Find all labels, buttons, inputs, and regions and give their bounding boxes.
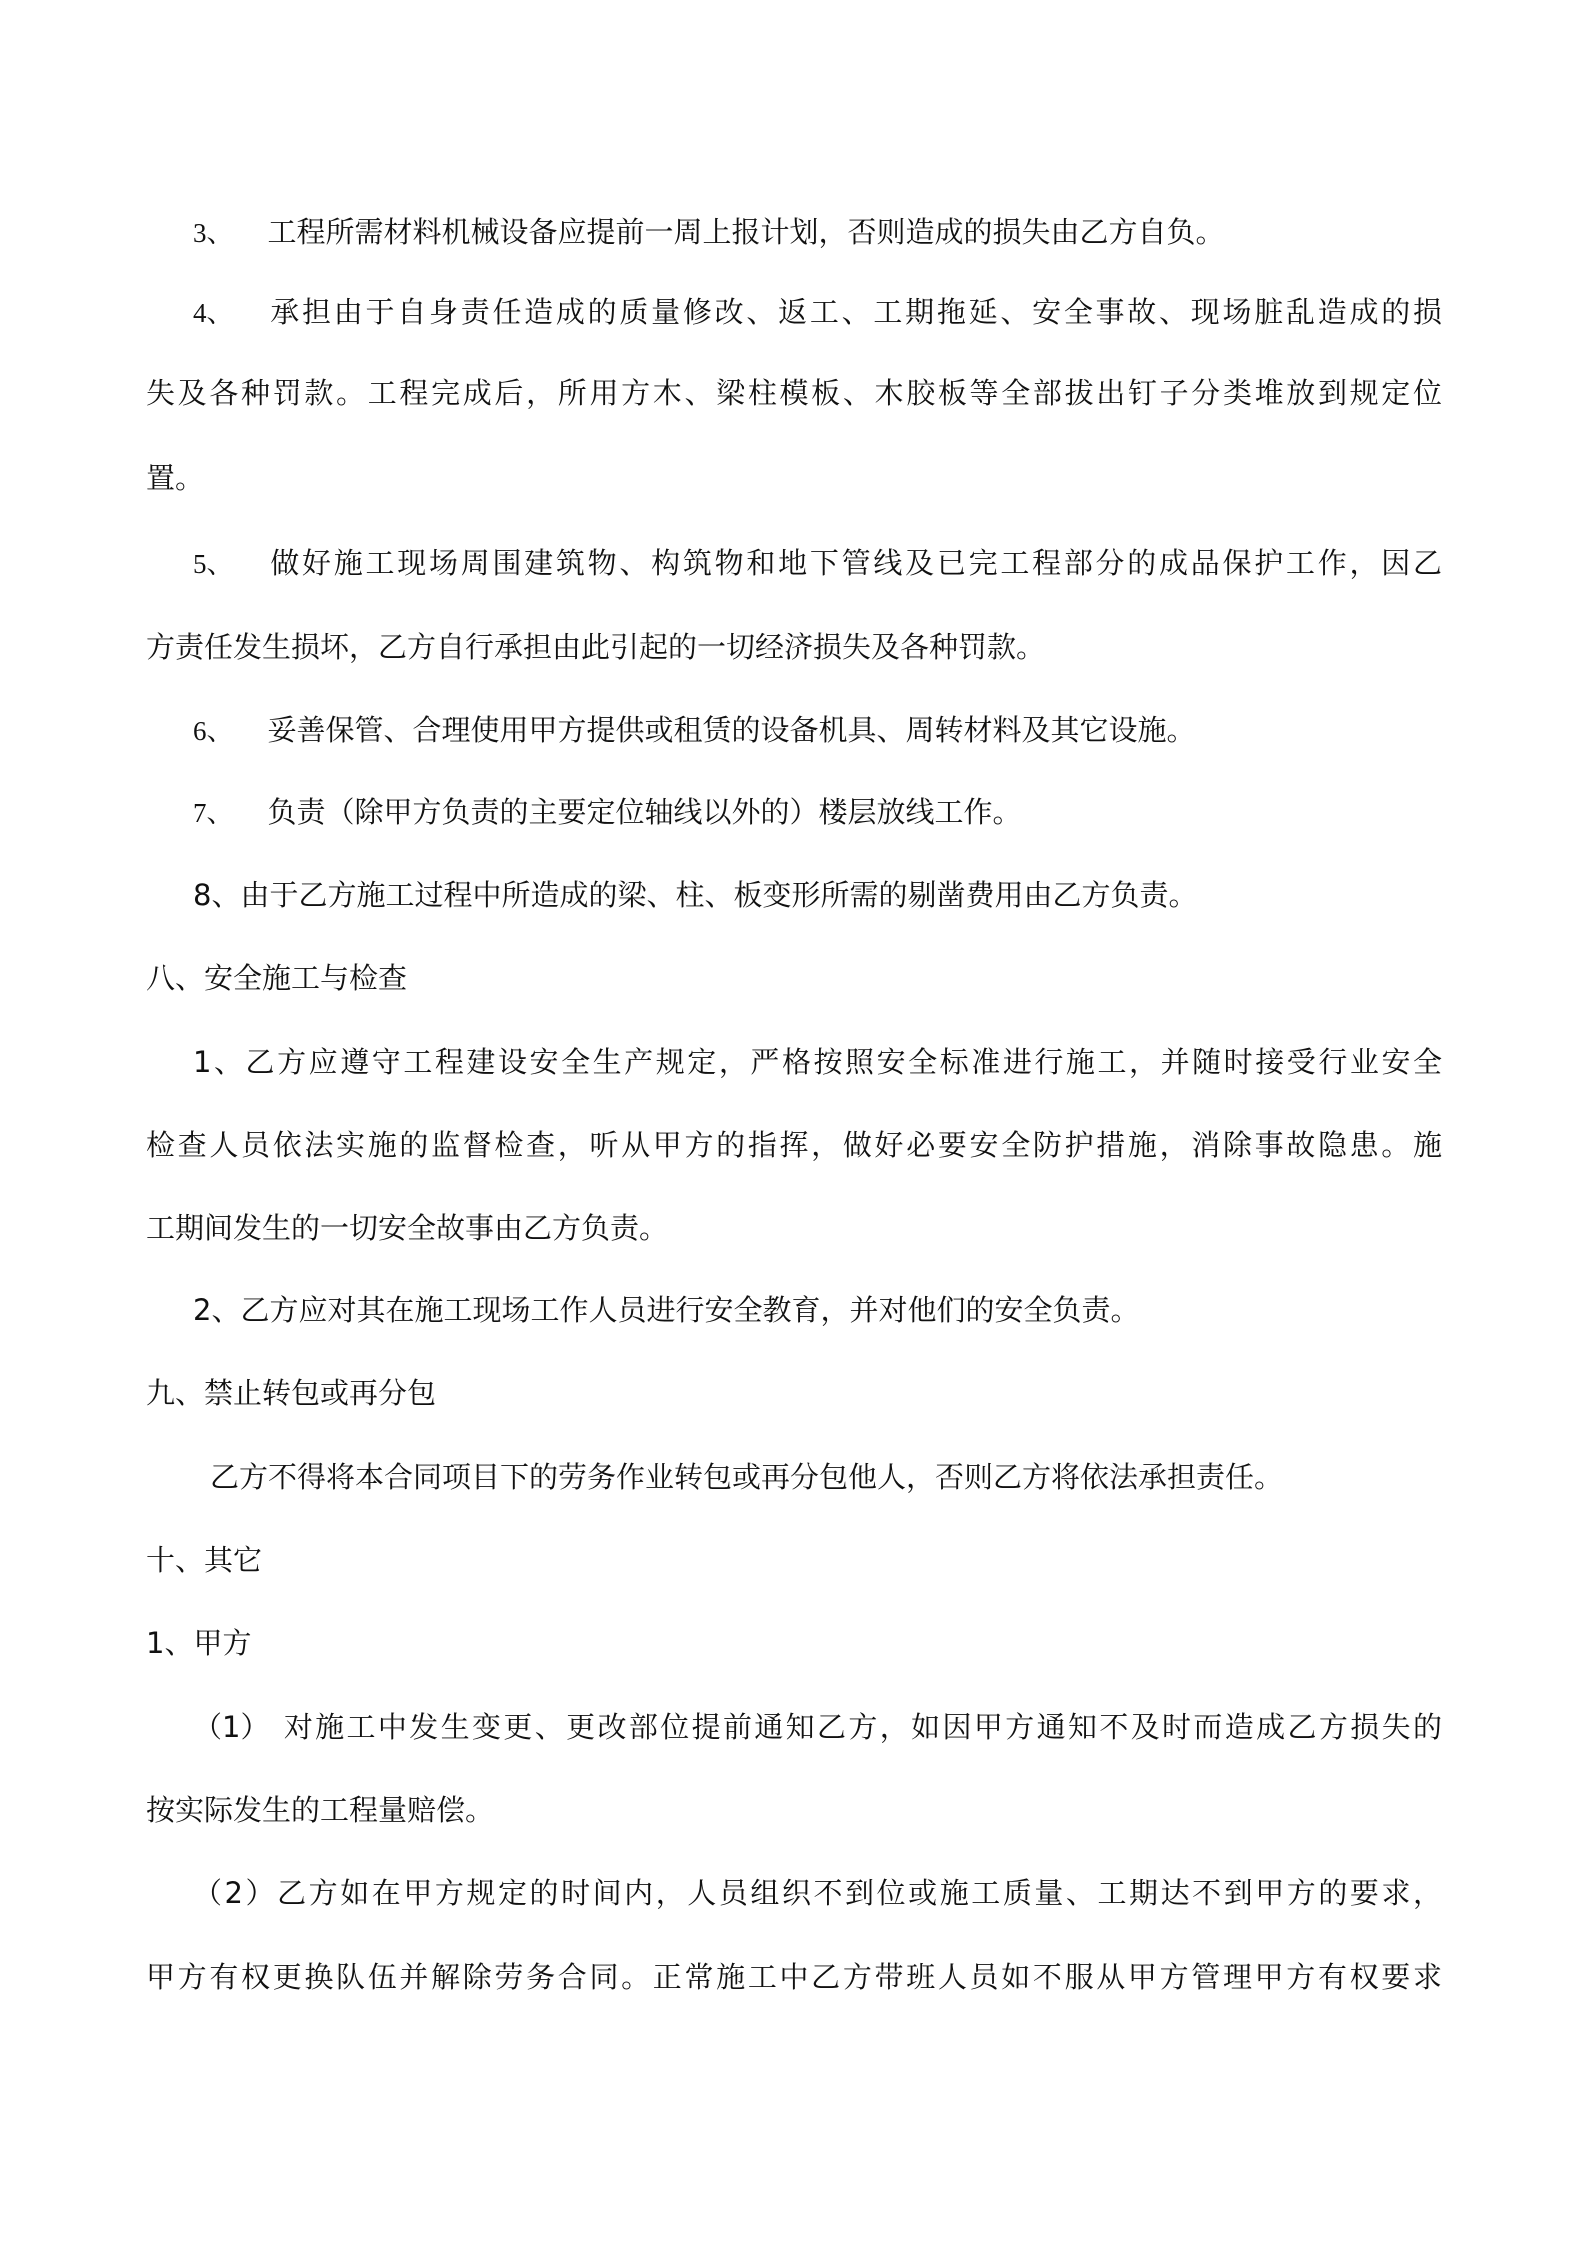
section-heading-10: 十、其它 [146,1540,1442,1580]
clause-item-5-continued: 方责任发生损坏，乙方自行承担由此引起的一切经济损失及各种罚款。 [146,627,1442,667]
item-text: 工程所需材料机械设备应提前一周上报计划，否则造成的损失由乙方自负。 [268,215,1225,249]
clause-item-7: 7、负责（除甲方负责的主要定位轴线以外的）楼层放线工作。 [146,792,1442,832]
clause-item-3: 3、工程所需材料机械设备应提前一周上报计划，否则造成的损失由乙方自负。 [146,212,1442,252]
clause-item-4-end: 置。 [146,458,1442,498]
document-page: 3、工程所需材料机械设备应提前一周上报计划，否则造成的损失由乙方自负。 4、承担… [0,0,1586,2244]
item-text: 做好施工现场周围建筑物、构筑物和地下管线及已完工程部分的成品保护工作，因乙 [268,546,1443,580]
item-text: 对施工中发生变更、更改部位提前通知乙方，如因甲方通知不及时而造成乙方损失的 [281,1710,1442,1744]
clause-item-4-continued: 失及各种罚款。工程完成后，所用方木、梁柱模板、木胶板等全部拔出钉子分类堆放到规定… [146,373,1442,413]
party-a-item-1-end: 按实际发生的工程量赔偿。 [146,1790,1442,1830]
safety-item-1-continued: 检查人员依法实施的监督检查，听从甲方的指挥，做好必要安全防护措施，消除事故隐患。… [146,1125,1442,1165]
item-text: 承担由于自身责任造成的质量修改、返工、工期拖延、安全事故、现场脏乱造成的损 [268,295,1443,329]
subcontract-clause: 乙方不得将本合同项目下的劳务作业转包或再分包他人，否则乙方将依法承担责任。 [146,1457,1442,1497]
clause-item-6: 6、妥善保管、合理使用甲方提供或租赁的设备机具、周转材料及其它设施。 [146,710,1442,750]
party-a-item-2-continued: 甲方有权更换队伍并解除劳务合同。正常施工中乙方带班人员如不服从甲方管理甲方有权要… [146,1957,1442,1997]
party-a-item-1: （1）对施工中发生变更、更改部位提前通知乙方，如因甲方通知不及时而造成乙方损失的 [146,1707,1442,1747]
clause-item-8: 8、由于乙方施工过程中所造成的梁、柱、板变形所需的剔凿费用由乙方负责。 [146,875,1442,915]
item-number: 6、 [193,711,234,751]
clause-item-4: 4、承担由于自身责任造成的质量修改、返工、工期拖延、安全事故、现场脏乱造成的损 [146,292,1442,332]
item-number: 3、 [193,213,234,253]
party-a-item-2: （2）乙方如在甲方规定的时间内，人员组织不到位或施工质量、工期达不到甲方的要求， [146,1873,1442,1913]
item-number: （1） [193,1707,269,1747]
item-number: 4、 [193,293,234,333]
party-a-heading: 1、甲方 [146,1623,1442,1663]
safety-item-1-end: 工期间发生的一切安全故事由乙方负责。 [146,1208,1442,1248]
item-number: 7、 [193,793,234,833]
section-heading-8: 八、安全施工与检查 [146,958,1442,998]
clause-item-5: 5、做好施工现场周围建筑物、构筑物和地下管线及已完工程部分的成品保护工作，因乙 [146,543,1442,583]
section-heading-9: 九、禁止转包或再分包 [146,1373,1442,1413]
safety-item-1: 1、乙方应遵守工程建设安全生产规定，严格按照安全标准进行施工，并随时接受行业安全 [146,1042,1442,1082]
item-number: 5、 [193,544,234,584]
item-text: 负责（除甲方负责的主要定位轴线以外的）楼层放线工作。 [268,795,1022,829]
safety-item-2: 2、乙方应对其在施工现场工作人员进行安全教育，并对他们的安全负责。 [146,1290,1442,1330]
item-text: 妥善保管、合理使用甲方提供或租赁的设备机具、周转材料及其它设施。 [268,713,1196,747]
